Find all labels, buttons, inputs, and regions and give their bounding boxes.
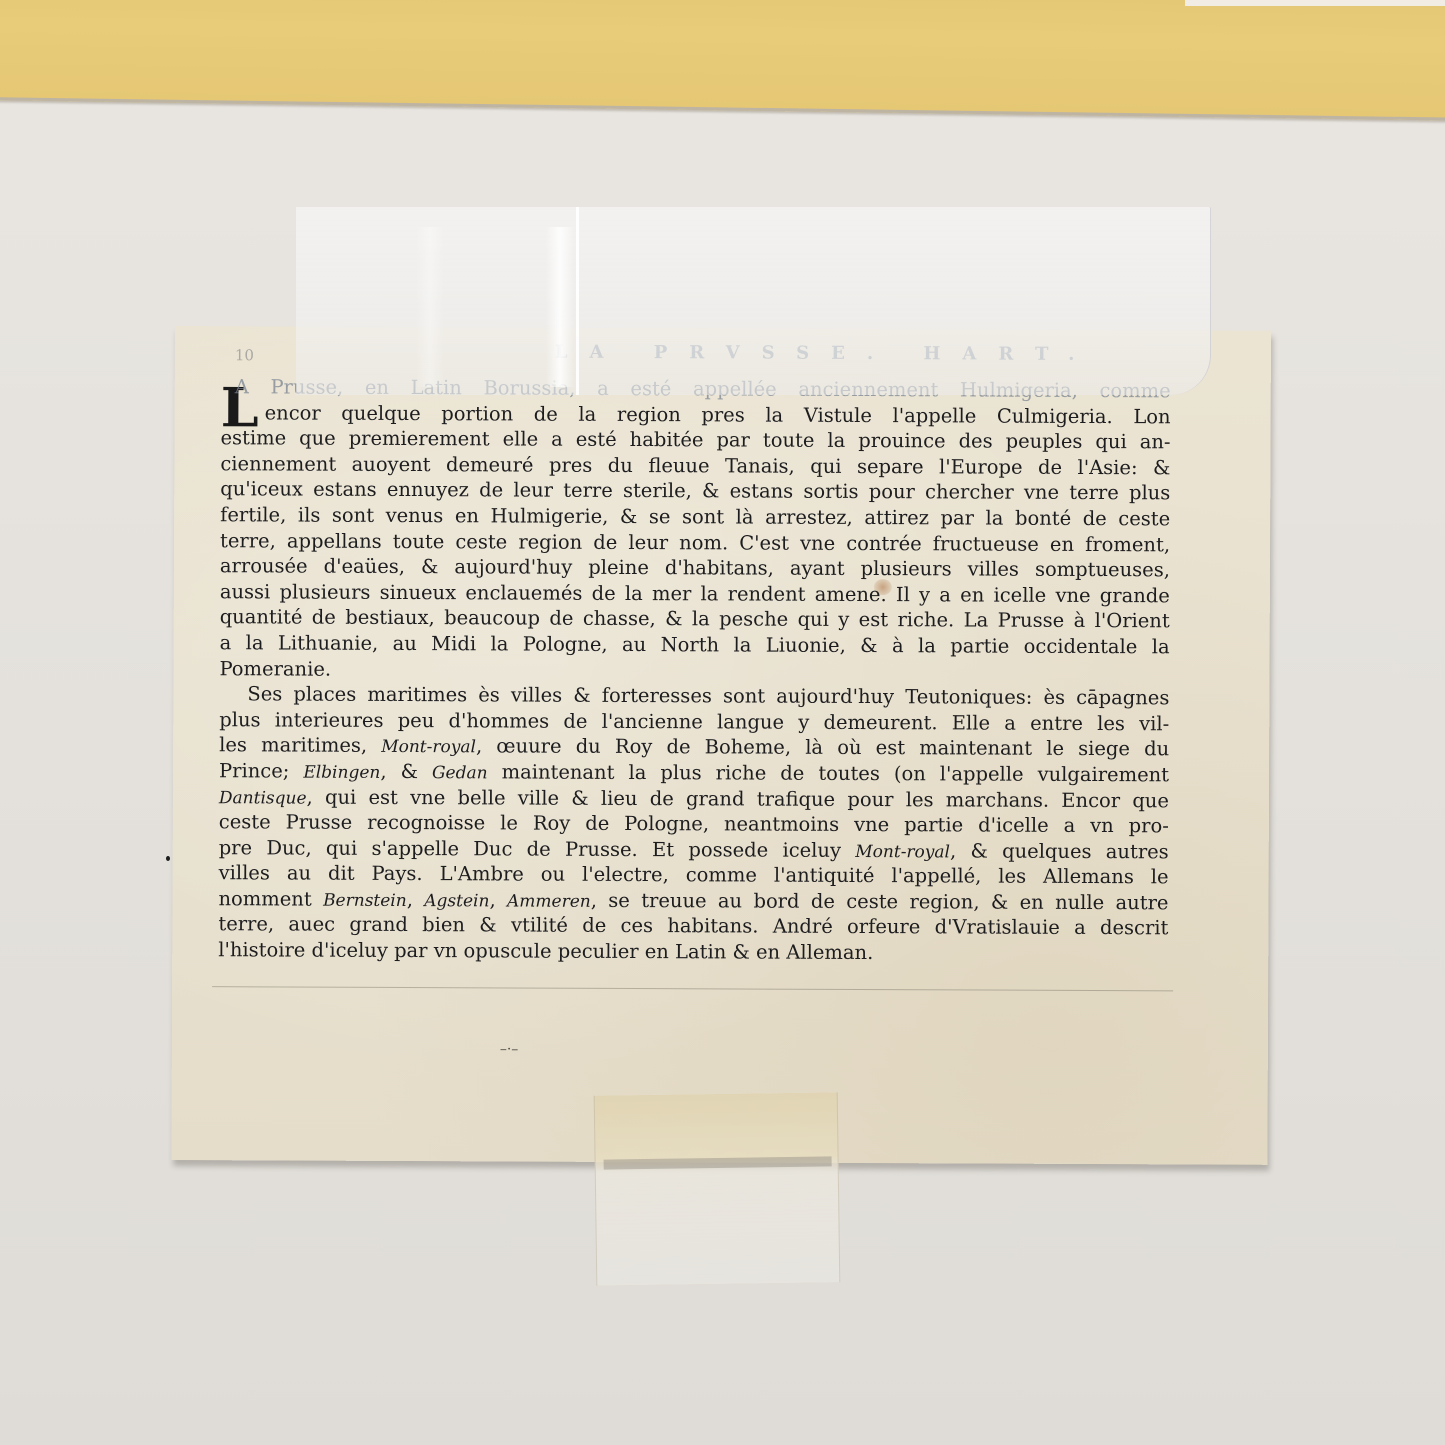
plate-mark-line: [212, 986, 1173, 991]
tape-glare: [546, 227, 574, 387]
tape-crease: [576, 207, 579, 395]
tape-glare: [416, 227, 444, 387]
page-number: 10: [235, 346, 254, 364]
text-line: les maritimes, Mont-royal, œuure du Roy …: [219, 733, 1169, 763]
text-line: a la Lithuanie, au Midi la Pologne, au N…: [220, 630, 1170, 660]
italic-place-name: Gedan: [432, 763, 488, 783]
gold-mat-band: [0, 0, 1445, 121]
text-line: fertile, ils sont venus en Hulmigerie, &…: [220, 502, 1170, 532]
paragraph-1: A Prusse, en Latin Borussia, a esté appe…: [219, 374, 1170, 685]
text-line: estime que premierement elle a esté habi…: [220, 425, 1170, 455]
text-line: ceste Prusse recognoisse le Roy de Polog…: [219, 809, 1169, 839]
italic-place-name: Dantisque: [219, 788, 307, 808]
mat-top-edge: [1185, 0, 1445, 6]
ink-mark: –·–: [500, 1041, 519, 1057]
text-line: villes au dit Pays. L'Ambre ou l'electre…: [219, 860, 1169, 890]
tape-shadow-edge: [604, 1156, 832, 1169]
paper-hinge-tape-bottom: [594, 1092, 841, 1285]
clear-tape-top: [296, 207, 1211, 395]
italic-place-name: Agstein: [424, 891, 489, 911]
italic-place-name: Elbingen: [303, 762, 380, 782]
body-text: L A Prusse, en Latin Borussia, a esté ap…: [218, 374, 1171, 967]
text-line: Prince; Elbingen, & Gedan maintenant la …: [219, 758, 1169, 788]
antique-text-leaf: –·– 10 LA PRVSSE. HART. L A Prusse, en L…: [171, 326, 1271, 1165]
text-line: Ses places maritimes ès villes & fortere…: [219, 681, 1169, 711]
italic-place-name: Ammeren: [507, 891, 591, 911]
board-speck: [166, 856, 170, 861]
paragraph-2: Ses places maritimes ès villes & fortere…: [218, 681, 1169, 967]
italic-place-name: Mont-royal: [381, 737, 476, 757]
text-line: l'histoire d'iceluy par vn opuscule pecu…: [218, 937, 1168, 967]
text-line: arrousée d'eaües, & aujourd'huy pleine d…: [220, 553, 1170, 583]
italic-place-name: Mont-royal: [855, 842, 950, 862]
italic-place-name: Bernstein: [323, 891, 407, 911]
